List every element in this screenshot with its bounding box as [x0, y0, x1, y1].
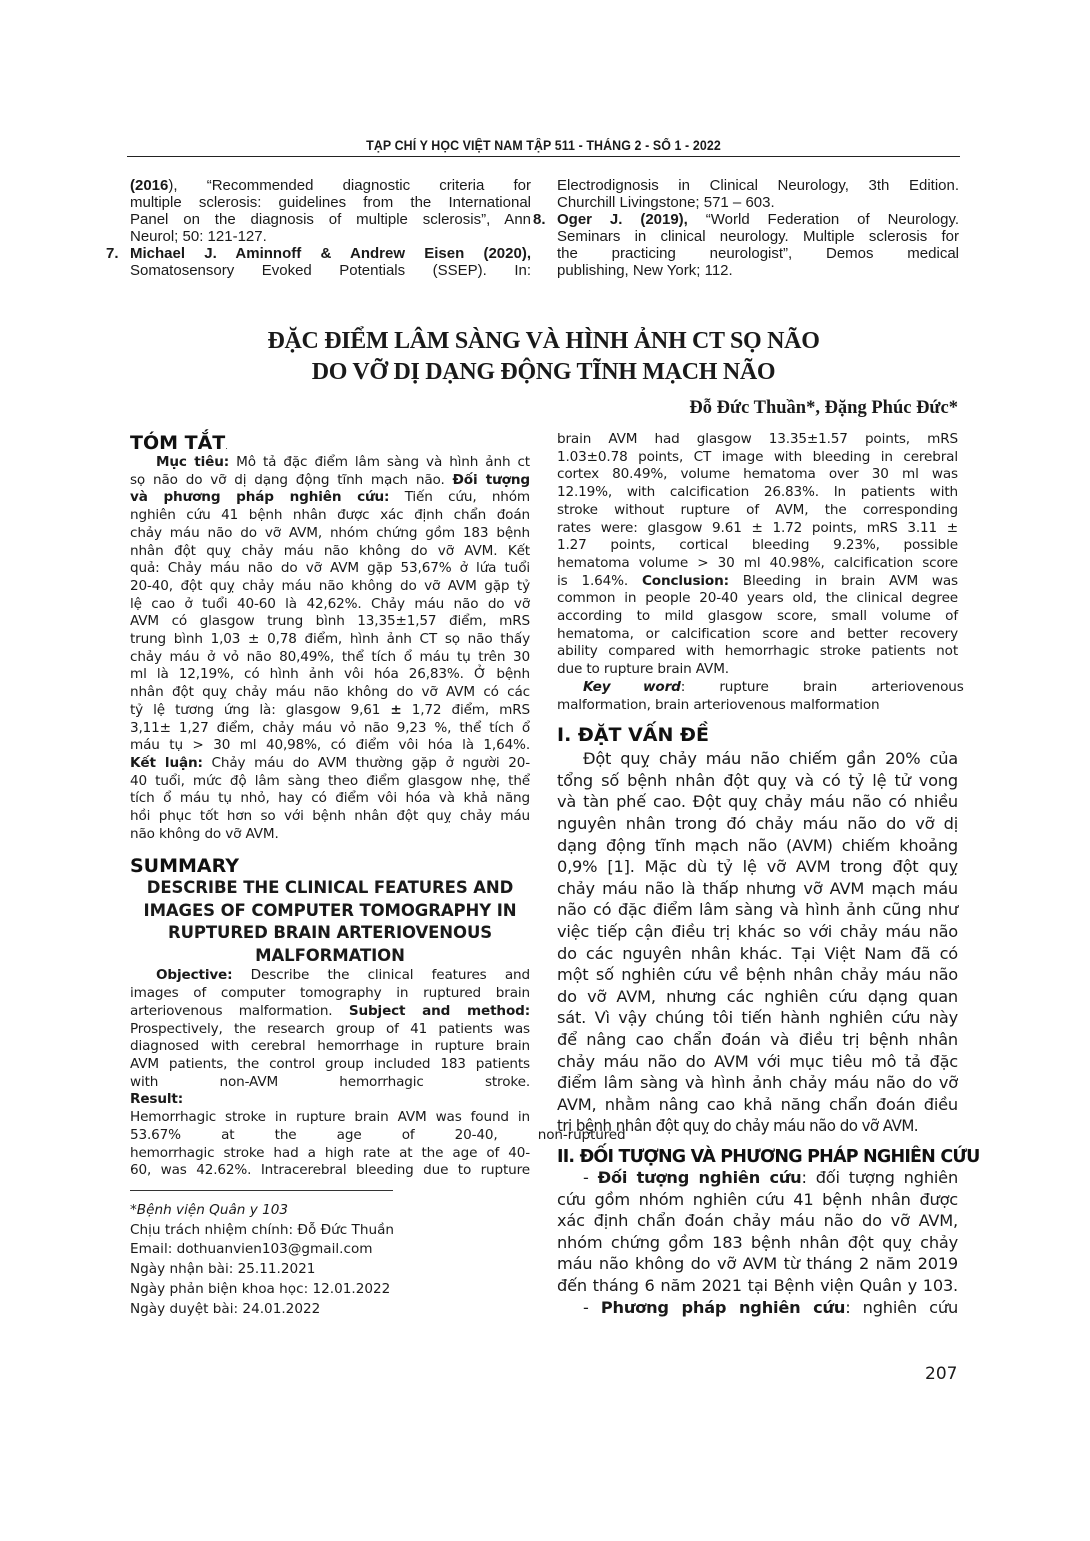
tom-tat-heading: TÓM TẮT.	[130, 432, 530, 454]
date-received: Ngày nhận bài: 25.11.2021	[130, 1260, 394, 1280]
date-accepted: Ngày duyệt bài: 24.01.2022	[130, 1300, 394, 1320]
right-column: brain AVM had glasgow 13.35±1.57 points,…	[557, 431, 958, 1318]
tom-tat-body: Mục tiêu: Mô tả đặc điểm lâm sàng và hìn…	[130, 454, 530, 843]
ref-year: (2016	[130, 177, 168, 194]
section-1-body: Đột quỵ chảy máu não chiếm gần 20% của t…	[557, 748, 958, 1137]
section-2-heading: II. ĐỐI TƯỢNG VÀ PHƯƠNG PHÁP NGHIÊN CỨU	[557, 1147, 958, 1167]
ref-authors: Michael J. Aminnoff & Andrew Eisen (2020…	[130, 245, 531, 262]
page-number: 207	[925, 1364, 957, 1384]
affiliation: *Bệnh viện Quân y 103	[130, 1201, 394, 1221]
footnote: *Bệnh viện Quân y 103 Chịu trách nhiệm c…	[130, 1201, 394, 1319]
email: Email: dothuanvien103@gmail.com	[130, 1240, 394, 1260]
reference-7-continuation: Electrodignosis in Clinical Neurology, 3…	[533, 177, 959, 211]
summary-title: DESCRIBE THE CLINICAL FEATURES AND IMAGE…	[130, 877, 530, 967]
ref-number: 7.	[106, 245, 130, 262]
corresponding-author: Chịu trách nhiệm chính: Đỗ Đức Thuần	[130, 1221, 394, 1241]
summary-heading: SUMMARY	[130, 855, 530, 877]
summary-body-left: Objective: Describe the clinical feature…	[130, 967, 530, 1179]
header-rule	[127, 156, 960, 157]
article-authors: Đỗ Đức Thuần*, Đặng Phúc Đức*	[689, 398, 958, 419]
ref-number: 8.	[533, 211, 557, 228]
running-head: TẠP CHÍ Y HỌC VIỆT NAM TẬP 511 - THÁNG 2…	[160, 138, 926, 153]
reference-6-continuation: (2016), “Recommended diagnostic criteria…	[106, 177, 531, 245]
references-right: Electrodignosis in Clinical Neurology, 3…	[533, 177, 959, 279]
keywords: Key word: rupture brain arteriovenous	[557, 679, 958, 697]
reference-7: 7.Michael J. Aminnoff & Andrew Eisen (20…	[106, 245, 531, 279]
ref-authors: Oger J. (2019),	[557, 211, 688, 228]
section-2-body: - Đối tượng nghiên cứu: đối tượng nghiên…	[557, 1167, 958, 1318]
summary-body-right: brain AVM had glasgow 13.35±1.57 points,…	[557, 431, 958, 714]
reference-8: 8.Oger J. (2019), “World Federation of N…	[533, 211, 959, 279]
article-title: ĐẶC ĐIỂM LÂM SÀNG VÀ HÌNH ẢNH CT SỌ NÃO …	[127, 326, 960, 388]
date-reviewed: Ngày phản biện khoa học: 12.01.2022	[130, 1280, 394, 1300]
section-1-heading: I. ĐẶT VẤN ĐỀ	[557, 724, 958, 746]
footnote-divider	[130, 1190, 393, 1191]
left-column: TÓM TẮT. Mục tiêu: Mô tả đặc điểm lâm sà…	[130, 432, 530, 1180]
references-left: (2016), “Recommended diagnostic criteria…	[106, 177, 531, 279]
